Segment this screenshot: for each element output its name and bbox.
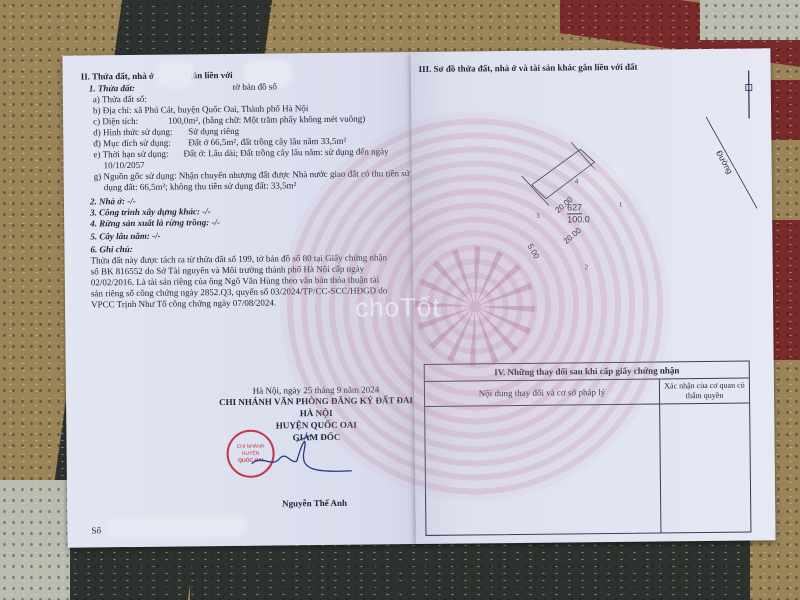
notes-heading: 6. Ghi chú: [90, 244, 132, 255]
changes-table: IV. Những thay đổi sau khi cấp giấy chứn… [424, 361, 752, 536]
usage-term-label: e) Thời hạn sử dụng: [93, 149, 168, 161]
notes-text: Thửa đất này được tách ra từ thửa đất số… [91, 252, 392, 310]
parcel-number: 627 [567, 202, 582, 214]
serial-number-label: Số [91, 525, 101, 535]
corner-1: 1 [619, 200, 623, 211]
corner-2: 2 [585, 262, 589, 273]
usage-form-value: Sử dụng riêng [188, 126, 239, 138]
forest-field: 4. Rừng sản xuất là rừng trồng: -/- [90, 217, 220, 229]
land-use-certificate: II. Thửa đất, nhà ở … khác gắn liền với … [62, 48, 775, 547]
origin-line-2: dụng đất: 66,5m²; không thu tiền sử dụng… [104, 180, 297, 193]
map-sheet-label: tờ bản đồ số [233, 81, 277, 92]
parcel-sketch [410, 48, 773, 352]
land-parcel-heading: 1. Thửa đất: [89, 83, 135, 94]
redacted-serial [107, 516, 247, 539]
redacted-area [155, 60, 195, 88]
usage-purpose-label: đ) Mục đích sử dụng: [93, 138, 170, 150]
redacted-area [584, 168, 624, 198]
certificate-right-page: III. Sơ đồ thửa đất, nhà ở và tài sản kh… [410, 48, 775, 544]
changes-confirmation-cell [660, 404, 750, 533]
corner-3: 3 [536, 211, 540, 222]
corner-4: 4 [575, 176, 579, 187]
usage-term-value: Đất ở: Lâu dài; Đất trồng cây lâu năm: s… [183, 146, 388, 159]
house-field: 2. Nhà ở: -/- [90, 196, 136, 207]
parcel-number-field: a) Thửa đất số: [93, 94, 147, 106]
area-label: c) Diện tích: [93, 116, 138, 127]
parcel-area: 100.0 [567, 214, 590, 225]
area-value: 100,0m², (bằng chữ: Một trăm phẩy không … [168, 114, 365, 127]
usage-term-date: 10/10/2057 [104, 160, 145, 171]
issuing-office: CHI NHÁNH VĂN PHÒNG ĐĂNG KÝ ĐẤT ĐAI HÀ N… [216, 394, 416, 420]
usage-form-label: d) Hình thức sử dụng: [93, 127, 172, 139]
changes-column-confirmation: Xác nhận của cơ quan có thẩm quyền [660, 379, 749, 404]
chotot-watermark: choTốt [355, 292, 441, 324]
changes-column-content: Nội dung thay đổi và cơ sở pháp lý [425, 379, 660, 405]
perennial-field: 5. Cây lâu năm: -/- [90, 231, 160, 243]
handwritten-signature [241, 433, 362, 484]
changes-content-cell [425, 404, 661, 534]
signer-name: Nguyễn Thế Anh [282, 498, 347, 509]
